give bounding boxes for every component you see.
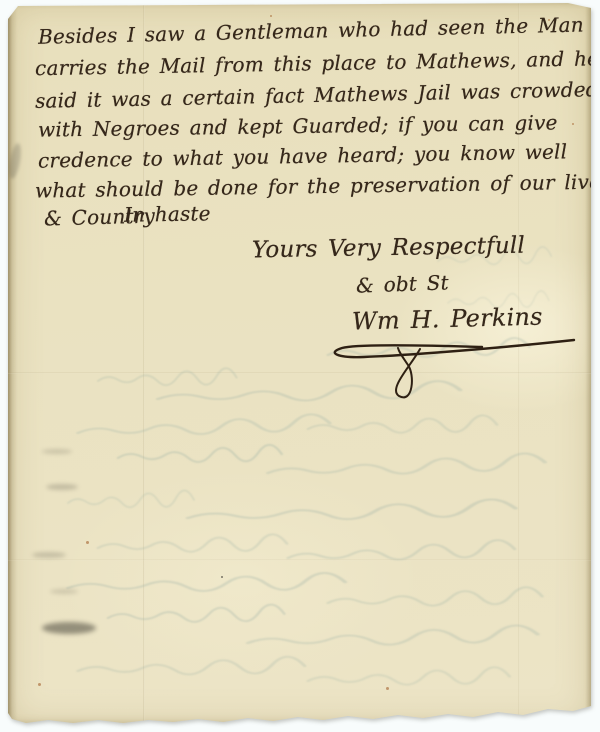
ink-smudge	[32, 552, 66, 558]
foxing-spot	[270, 15, 272, 17]
letter-line: carries the Mail from this place to Math…	[35, 46, 600, 80]
letter-page: Besides I saw a Gentleman who had seen t…	[8, 3, 591, 725]
fold-crease-vertical	[143, 3, 145, 725]
scan-background: Besides I saw a Gentleman who had seen t…	[0, 0, 600, 732]
letter-line: In haste	[124, 201, 211, 227]
foxing-spot	[572, 123, 574, 125]
paper-left-edge	[8, 3, 18, 725]
letter-line: Besides I saw a Gentleman who had seen t…	[38, 11, 600, 49]
letter-line: credence to what you have heard; you kno…	[38, 139, 568, 172]
foxing-spot	[38, 683, 41, 686]
signature-flourish	[320, 327, 584, 413]
closing-salutation: Yours Very Respectfull	[252, 233, 525, 264]
letter-line: with Negroes and kept Guarded; if you ca…	[38, 110, 558, 141]
ink-smudge	[42, 622, 96, 634]
letter-line: what should be done for the preservation…	[35, 169, 600, 202]
letter-line: said it was a certain fact Mathews Jail …	[35, 77, 599, 113]
ink-smudge	[42, 449, 72, 454]
foxing-spot	[86, 541, 89, 544]
ink-smudge	[50, 589, 78, 594]
fold-crease-horizontal	[8, 372, 591, 374]
ink-speck	[221, 576, 223, 578]
closing-abbreviation: & obt St	[356, 270, 450, 297]
foxing-spot	[548, 19, 550, 21]
signature: Wm H. Perkins	[352, 303, 543, 336]
foxing-spot	[386, 687, 389, 690]
ink-smudge	[46, 484, 78, 490]
paper-right-edge	[585, 3, 591, 725]
fold-crease-horizontal	[8, 559, 591, 561]
